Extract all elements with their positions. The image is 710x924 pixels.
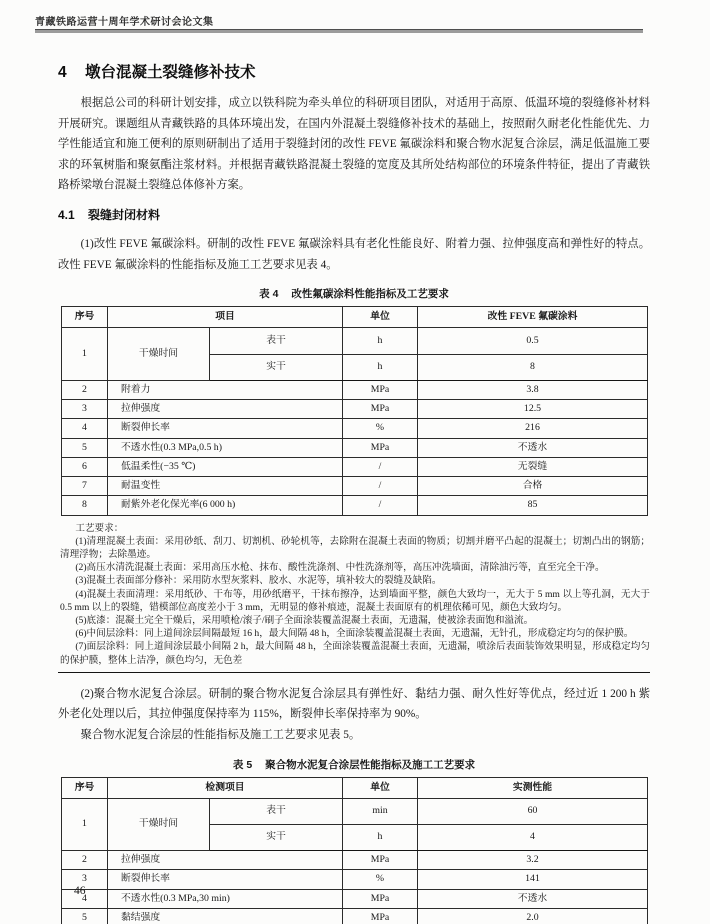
cell-unit: MPa [343,889,418,908]
table-row: 4 不透水性(0.3 MPa,30 min) MPa 不透水 [62,889,648,908]
table5: 序号 检测项目 单位 实测性能 1 干燥时间 表干 min 60 实干 h 4 [61,777,648,924]
cell-item: 黏结强度 [108,908,343,924]
table4-caption: 表 4 改性氟碳涂料性能指标及工艺要求 [58,286,650,301]
cell-unit: MPa [343,438,418,457]
cell-seq: 1 [62,328,108,380]
cell-seq: 4 [62,419,108,438]
running-head: 青藏铁路运营十周年学术研讨会论文集 [35,13,214,28]
table-row: 8 耐紫外老化保光率(6 000 h) / 85 [62,496,648,515]
table-row: 3 断裂伸长率 % 141 [62,870,648,889]
note-item: (3)混凝土表面部分修补：采用防水型灰浆料、胶水、水泥等，填补较大的裂缝及缺陷。 [60,574,650,587]
document-page: 青藏铁路运营十周年学术研讨会论文集 4 墩台混凝土裂缝修补技术 根据总公司的科研… [0,0,710,924]
section-title: 墩台混凝土裂缝修补技术 [85,64,256,81]
cell-item: 干燥时间 [108,798,210,850]
table5-caption-number: 表 5 [233,759,252,771]
table4-caption-number: 表 4 [259,288,278,300]
section-number: 4 [58,64,67,81]
section-heading: 4 墩台混凝土裂缝修补技术 [58,60,650,82]
cell-value: 4 [418,824,648,850]
cell-seq: 5 [62,908,108,924]
intro-paragraph: 根据总公司的科研计划安排，成立以铁科院为牵头单位的科研项目团队，对适用于高原、低… [58,93,650,196]
cell-seq: 7 [62,477,108,496]
cell-item: 耐温变性 [108,477,343,496]
cell-unit: h [343,354,418,380]
subsection-number: 4.1 [58,208,75,222]
cell-value: 3.8 [418,380,648,399]
table5-header-value: 实测性能 [418,777,648,798]
cell-value: 60 [418,798,648,824]
cell-value: 141 [418,870,648,889]
cell-subitem: 实干 [210,354,343,380]
table-row: 7 耐温变性 / 合格 [62,477,648,496]
table5-header-item: 检测项目 [108,777,343,798]
note-item: (4)混凝土表面清理：采用纸砂、干布等，用砂纸磨平，干抹布擦净，达到墙面平整，颜… [60,588,650,614]
cell-item: 断裂伸长率 [108,870,343,889]
table-row: 1 干燥时间 表干 h 0.5 [62,328,648,354]
cell-value: 合格 [418,477,648,496]
table4-header-seq: 序号 [62,307,108,328]
table4-header-value: 改性 FEVE 氟碳涂料 [418,307,648,328]
subsection-heading: 4.1 裂缝封闭材料 [58,206,650,223]
table5-caption: 表 5 聚合物水泥复合涂层性能指标及施工工艺要求 [58,757,650,772]
cell-value: 8 [418,354,648,380]
table-row: 3 拉伸强度 MPa 12.5 [62,400,648,419]
table-row: 5 黏结强度 MPa 2.0 [62,908,648,924]
note-item: (2)高压水清洗混凝土表面：采用高压水枪、抹布、酸性洗涤剂、中性洗涤剂等，高压冲… [60,561,650,574]
cell-item: 低温柔性(−35 ℃) [108,457,343,476]
page-number: 46 [74,885,86,897]
cell-seq: 5 [62,438,108,457]
cell-unit: / [343,477,418,496]
cell-seq: 6 [62,457,108,476]
cell-subitem: 实干 [210,824,343,850]
cell-item: 耐紫外老化保光率(6 000 h) [108,496,343,515]
feve-paragraph: (1)改性 FEVE 氟碳涂料。研制的改性 FEVE 氟碳涂料具有老化性能良好、… [58,234,650,275]
cell-unit: h [343,824,418,850]
table5-caption-title: 聚合物水泥复合涂层性能指标及施工工艺要求 [265,759,475,771]
cell-value: 不透水 [418,438,648,457]
cell-value: 85 [418,496,648,515]
cell-item: 附着力 [108,380,343,399]
cell-unit: % [343,419,418,438]
cell-value: 216 [418,419,648,438]
cell-value: 0.5 [418,328,648,354]
table4-caption-title: 改性氟碳涂料性能指标及工艺要求 [291,288,449,300]
cell-subitem: 表干 [210,328,343,354]
cell-item: 干燥时间 [108,328,210,380]
table5-header-row: 序号 检测项目 单位 实测性能 [62,777,648,798]
cell-value: 3.2 [418,851,648,870]
cell-unit: h [343,328,418,354]
cell-unit: / [343,496,418,515]
notes-title: 工艺要求： [60,522,650,535]
table4: 序号 项目 单位 改性 FEVE 氟碳涂料 1 干燥时间 表干 h 0.5 实干… [61,306,648,515]
table4-header-row: 序号 项目 单位 改性 FEVE 氟碳涂料 [62,307,648,328]
cell-seq: 8 [62,496,108,515]
page-content: 4 墩台混凝土裂缝修补技术 根据总公司的科研计划安排，成立以铁科院为牵头单位的科… [58,52,650,924]
table-row: 4 断裂伸长率 % 216 [62,419,648,438]
table4-header-unit: 单位 [343,307,418,328]
header-rule [35,29,643,33]
cell-value: 不透水 [418,889,648,908]
cell-value: 2.0 [418,908,648,924]
cell-unit: min [343,798,418,824]
cell-unit: MPa [343,380,418,399]
notes-bottom-rule [58,672,650,673]
note-item: (1)清理混凝土表面：采用砂纸、刮刀、切割机、砂轮机等，去除附在混凝土表面的物质… [60,535,650,561]
cell-seq: 1 [62,798,108,850]
cell-value: 无裂缝 [418,457,648,476]
process-requirements-notes: 工艺要求： (1)清理混凝土表面：采用砂纸、刮刀、切割机、砂轮机等，去除附在混凝… [60,522,650,667]
cell-subitem: 表干 [210,798,343,824]
note-item: (5)底漆：混凝土完全干燥后，采用喷枪/滚子/刷子全面涂装覆盖混凝土表面，无遗漏… [60,614,650,627]
cell-unit: MPa [343,908,418,924]
cell-seq: 2 [62,380,108,399]
subsection-title: 裂缝封闭材料 [88,208,160,222]
table-row: 5 不透水性(0.3 MPa,0.5 h) MPa 不透水 [62,438,648,457]
polymer-paragraph-2: 聚合物水泥复合涂层的性能指标及施工工艺要求见表 5。 [58,725,650,746]
table-row: 6 低温柔性(−35 ℃) / 无裂缝 [62,457,648,476]
cell-item: 拉伸强度 [108,851,343,870]
note-item: (6)中间层涂料：同上道间涂层间隔最短 16 h，最大间隔 48 h，全面涂装覆… [60,627,650,640]
polymer-paragraph: (2)聚合物水泥复合涂层。研制的聚合物水泥复合涂层具有弹性好、黏结力强、耐久性好… [58,684,650,725]
cell-unit: MPa [343,851,418,870]
table-row: 2 附着力 MPa 3.8 [62,380,648,399]
cell-item: 拉伸强度 [108,400,343,419]
cell-unit: MPa [343,400,418,419]
table5-header-seq: 序号 [62,777,108,798]
table5-header-unit: 单位 [343,777,418,798]
cell-item: 不透水性(0.3 MPa,0.5 h) [108,438,343,457]
table-row: 1 干燥时间 表干 min 60 [62,798,648,824]
cell-unit: / [343,457,418,476]
cell-seq: 3 [62,400,108,419]
cell-value: 12.5 [418,400,648,419]
cell-item: 不透水性(0.3 MPa,30 min) [108,889,343,908]
note-item: (7)面层涂料：同上道间涂层最小间隔 2 h，最大间隔 48 h，全面涂装覆盖混… [60,640,650,666]
table-row: 2 拉伸强度 MPa 3.2 [62,851,648,870]
cell-item: 断裂伸长率 [108,419,343,438]
cell-seq: 2 [62,851,108,870]
cell-unit: % [343,870,418,889]
table4-header-item: 项目 [108,307,343,328]
